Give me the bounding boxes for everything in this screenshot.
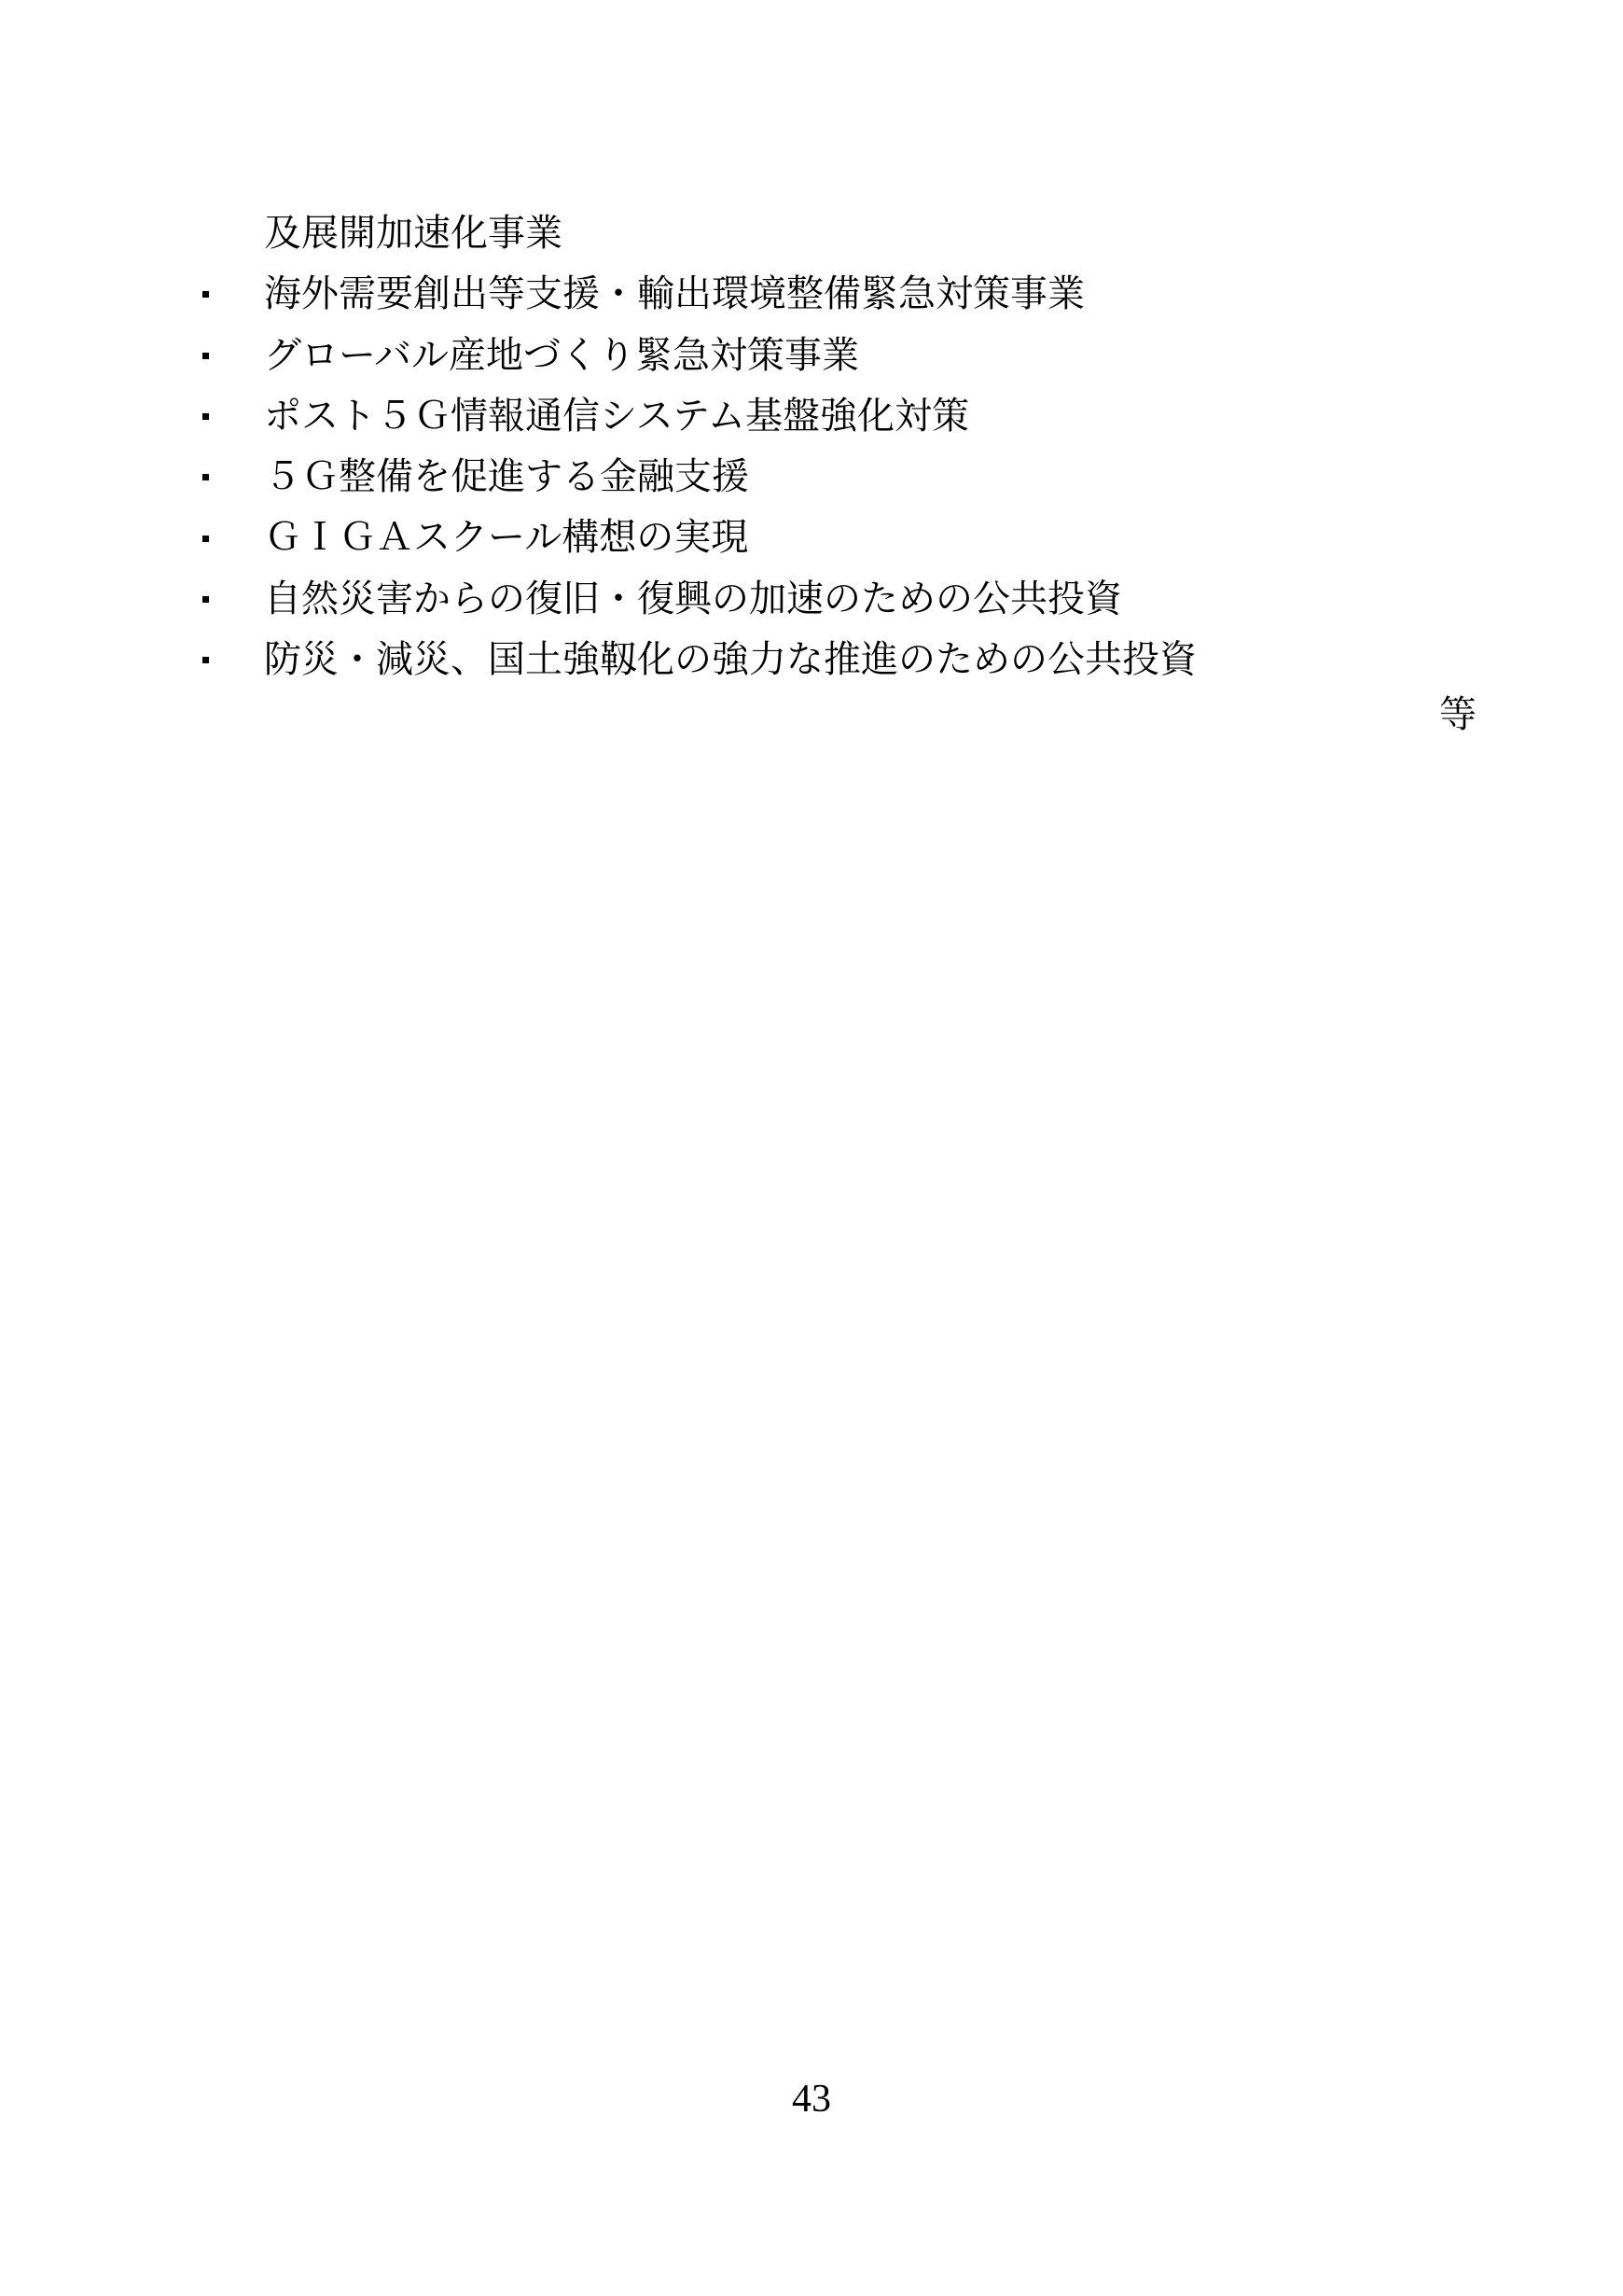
list-item-text: 防災・減災、国土強靱化の強力な推進のための公共投資 xyxy=(264,639,1197,680)
page-number: 43 xyxy=(0,2080,1623,2119)
list-item-text: 及展開加速化事業 xyxy=(264,213,562,254)
bullet-icon xyxy=(202,353,209,359)
bullet-list: 及展開加速化事業 海外需要創出等支援・輸出環境整備緊急対策事業 グローバル産地づ… xyxy=(0,203,1477,745)
list-item: グローバル産地づくり緊急対策事業 xyxy=(0,326,1477,386)
document-page: 及展開加速化事業 海外需要創出等支援・輸出環境整備緊急対策事業 グローバル産地づ… xyxy=(0,0,1623,2296)
bullet-icon xyxy=(202,596,209,603)
list-item: ５Ｇ整備を促進する金融支援 xyxy=(0,447,1477,508)
list-item-text: 海外需要創出等支援・輸出環境整備緊急対策事業 xyxy=(264,273,1085,314)
list-item: 海外需要創出等支援・輸出環境整備緊急対策事業 xyxy=(0,264,1477,325)
etc-label: 等 xyxy=(1439,694,1477,735)
bullet-icon xyxy=(202,291,209,298)
list-item-text: ＧＩＧＡスクール構想の実現 xyxy=(264,517,748,558)
list-item: 防災・減災、国土強靱化の強力な推進のための公共投資 xyxy=(0,630,1477,690)
list-item-text: ５Ｇ整備を促進する金融支援 xyxy=(264,456,749,497)
list-item: 自然災害からの復旧・復興の加速のための公共投資 xyxy=(0,569,1477,630)
bullet-icon xyxy=(202,657,209,663)
bullet-icon xyxy=(202,474,209,480)
list-item: ＧＩＧＡスクール構想の実現 xyxy=(0,508,1477,568)
list-item: ポスト５Ｇ情報通信システム基盤強化対策 xyxy=(0,386,1477,447)
bullet-icon xyxy=(202,413,209,420)
list-item-text: 自然災害からの復旧・復興の加速のための公共投資 xyxy=(264,578,1122,619)
etc-line: 等 xyxy=(0,685,1477,745)
list-item-text: グローバル産地づくり緊急対策事業 xyxy=(264,335,859,376)
bullet-icon xyxy=(202,536,209,542)
list-item-text: ポスト５Ｇ情報通信システム基盤強化対策 xyxy=(264,396,969,437)
list-item-continuation: 及展開加速化事業 xyxy=(0,203,1477,264)
